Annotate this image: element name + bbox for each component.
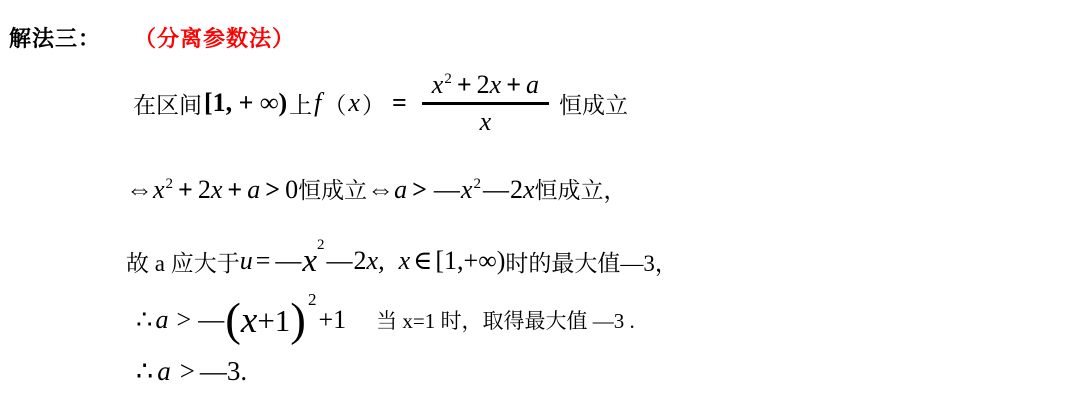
greater-than-1: > xyxy=(265,175,280,204)
holds-text-1: 恒成立 xyxy=(559,87,628,120)
x-squared-2: x xyxy=(461,175,473,204)
num-a: a xyxy=(526,70,539,99)
minus-dash-1: — xyxy=(434,175,459,204)
u-var: u xyxy=(240,246,253,276)
exponent-3: 2 xyxy=(317,237,325,254)
a-var-3: a xyxy=(156,305,169,335)
plus-one-term: +1 xyxy=(318,305,346,335)
big-right-paren: ) xyxy=(290,297,306,344)
solution-label: 解法三： xyxy=(9,26,101,51)
x-squared-1: x xyxy=(153,175,165,204)
a-var-4: a xyxy=(157,356,171,386)
math-solution-document: 解法三：（分离参数法） 在区间 [1, + ∞) 上 f （ x ） = x2+… xyxy=(0,0,1080,394)
method-label: （分离参数法） xyxy=(145,26,295,51)
x-var-4: x xyxy=(399,246,411,276)
num-coeff: 2 xyxy=(477,70,490,99)
equation-line-4: ∴a>—(x+1)2+1当 x=1 时，取得最大值 —3 . xyxy=(136,292,635,348)
equals-sign-2: = xyxy=(256,246,271,276)
element-of-symbol: ∈ xyxy=(413,246,432,276)
comma: , xyxy=(378,246,385,276)
big-x-var: x xyxy=(302,245,317,278)
plus-1: + xyxy=(178,175,193,204)
variable-x: x xyxy=(348,88,360,118)
equation-line-2: ⇔x2+2x+a>0恒成立⇔a>—x2—2x恒成立， xyxy=(126,172,627,205)
left-paren: （ xyxy=(323,87,346,120)
num-plus-2: + xyxy=(506,70,521,99)
greater-than-2: > xyxy=(412,175,427,204)
x-var-2: x xyxy=(523,175,535,204)
num-plus-1: + xyxy=(457,70,472,99)
num-x2: x xyxy=(490,70,502,99)
plus-2: + xyxy=(227,175,242,204)
num-exponent: 2 xyxy=(444,71,452,87)
exponent-4: 2 xyxy=(308,290,317,310)
max-note-text: 当 x=1 时，取得最大值 —3 . xyxy=(376,305,635,335)
right-paren: ） xyxy=(362,87,385,120)
den-x: x xyxy=(480,107,492,136)
fraction-denominator: x xyxy=(480,105,492,135)
thus-prefix-text: 故 a 应大于 xyxy=(126,245,240,278)
interval-prefix-text: 在区间 xyxy=(133,87,202,120)
equals-sign: = xyxy=(392,88,407,118)
coeff-1: 2 xyxy=(198,175,211,204)
coeff-3: 2 xyxy=(354,246,367,276)
big-left-paren: ( xyxy=(225,297,241,344)
num-x: x xyxy=(432,70,444,99)
fraction-numerator: x2+2x+a xyxy=(422,71,549,105)
max-value-text: 时的最大值—3， xyxy=(505,245,678,278)
zero: 0 xyxy=(285,175,298,204)
fraction: x2+2x+a x xyxy=(422,71,549,136)
exponent-2: 2 xyxy=(473,176,481,192)
iff-symbol-1: ⇔ xyxy=(126,174,153,204)
equation-line-5: ∴a>—3. xyxy=(136,356,247,387)
therefore-symbol-2: ∴ xyxy=(136,356,153,386)
interval-notation-2: [1,+∞) xyxy=(435,246,505,276)
binomial-plus-one: +1 xyxy=(257,305,290,336)
holds-text-3: 恒成立， xyxy=(535,178,627,203)
therefore-symbol-1: ∴ xyxy=(136,305,153,335)
a-var-2: a xyxy=(394,175,407,204)
holds-text-2: 恒成立 xyxy=(298,178,367,203)
on-text: 上 xyxy=(289,87,312,120)
coeff-2: 2 xyxy=(510,175,523,204)
minus-dash-4: — xyxy=(327,246,352,276)
answer-value: —3. xyxy=(200,356,247,386)
minus-dash-3: — xyxy=(275,246,300,276)
equation-line-3: 故 a 应大于u=—x2—2x,x∈[1,+∞)时的最大值—3， xyxy=(126,238,678,284)
greater-than-3: > xyxy=(177,305,192,335)
a-var-1: a xyxy=(247,175,260,204)
function-symbol: f xyxy=(314,88,321,118)
x-var-1: x xyxy=(211,175,223,204)
x-var-3: x xyxy=(367,246,379,276)
equation-line-1: 在区间 [1, + ∞) 上 f （ x ） = x2+2x+a x 恒成立 xyxy=(133,62,628,144)
minus-dash-2: — xyxy=(483,175,508,204)
interval-notation: [1, + ∞) xyxy=(204,88,287,118)
iff-symbol-2: ⇔ xyxy=(367,174,394,204)
greater-than-4: > xyxy=(180,356,195,386)
solution-heading: 解法三：（分离参数法） xyxy=(9,22,295,53)
exponent-1: 2 xyxy=(166,176,174,192)
binomial-x: x xyxy=(241,302,257,339)
minus-dash-5: — xyxy=(198,305,223,335)
